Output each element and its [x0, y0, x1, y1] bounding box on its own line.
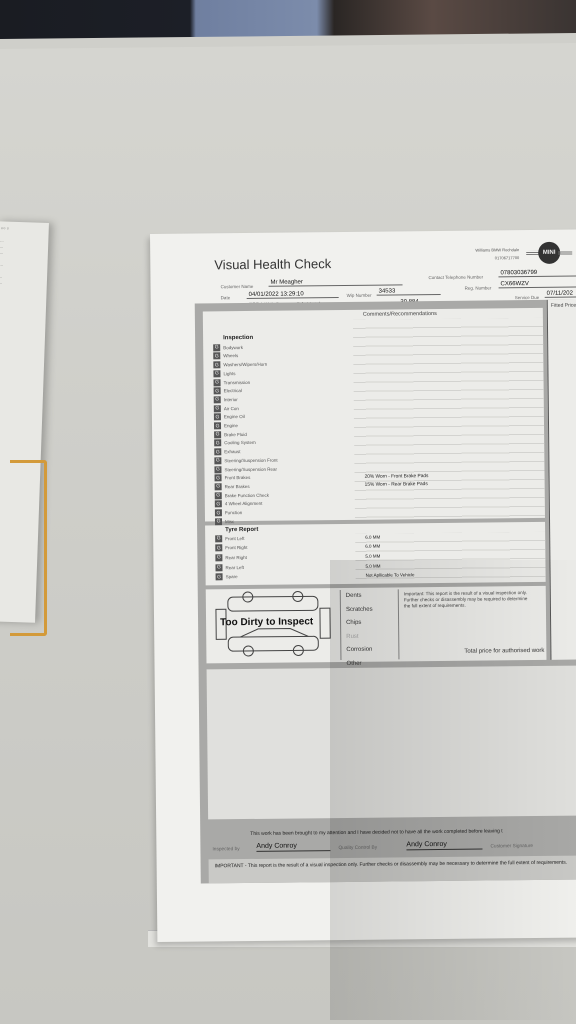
status-g-icon: G [214, 396, 221, 403]
price-header: Fitted Price Inc Vat [548, 302, 576, 309]
inspection-row: GEngine [214, 421, 238, 430]
inspection-item-label: Engine [224, 423, 238, 428]
status-g-icon: G [214, 388, 221, 395]
inspection-item-label: Bodywork [223, 345, 243, 350]
car-diagram: Too Dirty to Inspect [210, 590, 342, 661]
inspection-row: GBodywork [213, 343, 243, 352]
phone-value: 07803036799 [498, 269, 576, 277]
status-g-icon: G [215, 483, 222, 490]
phone-label: Contact Telephone Number [428, 275, 483, 281]
service-value: 07/11/202 [545, 290, 576, 297]
status-g-icon: G [215, 475, 222, 482]
status-g-icon: G [213, 361, 220, 368]
wip-value: 34533 [377, 288, 441, 296]
damage-categories: DentsScratchesChipsRustCorrosionOther [346, 589, 400, 660]
damage-category: Scratches [346, 603, 398, 617]
inspection-row: GElectrical [214, 387, 242, 396]
inspection-row: GTransmission [214, 378, 251, 387]
comment-rear-brakes: 15% Worn - Rear Brake Pads [365, 482, 428, 488]
inspection-item-label: Interior [224, 397, 238, 402]
status-g-icon: G [214, 405, 221, 412]
inspection-item-label: Engine Oil [224, 414, 245, 419]
inspection-row: GSteering/Suspension Rear [214, 464, 277, 473]
reg-label: Reg. Number [465, 285, 492, 290]
side-document-text: ○○ ○.................. [0, 221, 49, 291]
mini-logo-icon: MINI [526, 242, 572, 264]
quality-control-value: Andy Conroy [406, 841, 482, 851]
inspection-item-label: Exhaust [224, 449, 240, 454]
tyre-list: GFront Left6.0 MMGFront Right6.0 MMGRear… [205, 522, 545, 526]
date-value: 04/01/2022 13:29:10 [247, 291, 339, 299]
inspection-row: G4 Wheel Alignment [215, 499, 263, 508]
inspection-item-label: Function [225, 510, 242, 515]
status-g-icon: G [216, 573, 223, 580]
price-column: Fitted Price Inc Vat [547, 299, 576, 659]
side-binder [10, 460, 47, 636]
status-g-icon: G [213, 353, 220, 360]
status-g-icon: G [214, 440, 221, 447]
status-g-icon: G [215, 492, 222, 499]
inspection-item-label: Rear Brakes [225, 484, 250, 489]
status-g-icon: G [214, 422, 221, 429]
status-g-icon: G [214, 431, 221, 438]
status-g-icon: G [215, 501, 222, 508]
damage-panel: Too Dirty to Inspect DentsScratchesChips… [206, 586, 547, 664]
damage-note: Important: This report is the result of … [404, 590, 534, 609]
inspected-by-value: Andy Conroy [256, 842, 330, 852]
inspection-row: GWashers/Wipers/Horn [213, 360, 267, 369]
date-label: Date [221, 295, 231, 300]
inspection-row: GWheels [213, 352, 238, 361]
inspection-item-label: Front Brakes [225, 475, 251, 480]
customer-signature-label: Customer Signature [490, 844, 533, 849]
damage-category: Rust [346, 630, 398, 644]
tyre-value: 6.0 MM [365, 534, 380, 539]
inspection-title: Inspection [223, 335, 253, 341]
status-g-icon: G [213, 344, 220, 351]
inspection-item-label: Cooling System [224, 440, 256, 445]
tyre-label: Rear Left [225, 563, 365, 569]
comments-header: Comments/Recommendations [363, 311, 437, 318]
wip-label: Wip Number [347, 293, 372, 298]
customer-name: Mr Meagher [268, 278, 402, 286]
inspection-row: GEngine Oil [214, 413, 245, 422]
total-price-label: Total price for authorised work [464, 648, 544, 655]
inspection-row: GCooling System [214, 439, 256, 448]
status-g-icon: G [214, 466, 221, 473]
tyre-label: Rear Right [225, 554, 365, 560]
inspection-item-label: Air Con [224, 406, 239, 411]
tyre-value: 5.0 MM [365, 563, 380, 568]
tyre-title: Tyre Report [225, 527, 258, 533]
tyre-label: Front Right [225, 544, 365, 550]
customer-name-label: Customer Name [221, 284, 254, 289]
inspection-item-label: Steering/Suspension Rear [224, 466, 277, 472]
dealer-info: Williams BMW Rochdale 01706717700 [455, 246, 519, 263]
logo-badge: MINI [538, 242, 560, 264]
tyre-label: Front Left [225, 535, 365, 541]
inspection-row: GFunction [215, 508, 242, 517]
inspection-row: GFront Brakes [215, 473, 251, 482]
tyre-label: Spare [226, 573, 366, 579]
status-g-icon: G [215, 554, 222, 561]
status-g-icon: G [215, 545, 222, 552]
inspection-row: GLights [213, 369, 235, 378]
dealer-phone: 01706717700 [455, 254, 519, 263]
status-g-icon: G [213, 370, 220, 377]
status-g-icon: G [215, 518, 222, 525]
damage-category: Dents [346, 589, 398, 603]
status-g-icon: G [214, 448, 221, 455]
inspection-item-label: Lights [223, 371, 235, 376]
inspection-row: GInterior [214, 395, 238, 404]
inspection-item-label: 4 Wheel Alignment [225, 501, 263, 506]
blank-area [207, 665, 576, 819]
inspection-row: GBrake Fluid [214, 430, 247, 439]
status-g-icon: G [214, 379, 221, 386]
inspection-item-label: Brake Function Check [225, 492, 269, 497]
inspection-item-label: Transmission [224, 380, 251, 385]
inspection-item-label: Misc [225, 519, 234, 524]
inspection-row: GExhaust [214, 447, 240, 456]
tyre-value: 5.0 MM [365, 554, 380, 559]
inspection-item-label: Washers/Wipers/Horn [223, 362, 267, 367]
report-frame: Comments/Recommendations Inspection GBod… [195, 299, 576, 883]
tyre-value: Not Apllicable To Vehicle [366, 572, 415, 578]
status-g-icon: G [215, 509, 222, 516]
comment-front-brakes: 20% Worn - Front Brake Pads [365, 474, 429, 480]
health-check-sheet: Visual Health Check Williams BMW Rochdal… [150, 229, 576, 942]
status-g-icon: G [215, 564, 222, 571]
damage-category: Chips [346, 616, 398, 630]
tyre-panel: Tyre Report GFront Left6.0 MMGFront Righ… [205, 522, 546, 586]
inspection-item-label: Wheels [223, 354, 238, 359]
status-g-icon: G [214, 414, 221, 421]
inspection-row: GAir Con [214, 404, 239, 413]
inspection-row: GRear Brakes [215, 482, 250, 491]
tyre-value: 6.0 MM [365, 544, 380, 549]
reg-value: CX66WZV [499, 280, 576, 288]
inspected-by-label: Inspected by [212, 847, 239, 852]
inspection-item-label: Electrical [224, 388, 242, 393]
inspection-item-label: Brake Fluid [224, 432, 247, 437]
declaration-text: This work has been brought to my attenti… [250, 828, 502, 837]
quality-control-label: Quality Control By [338, 846, 377, 851]
footer-important: IMPORTANT - This report is the result of… [209, 855, 576, 883]
inspection-panel: Comments/Recommendations Inspection GBod… [203, 308, 545, 522]
inspection-item-label: Steering/Suspension Front [224, 458, 277, 464]
damage-category: Corrosion [346, 643, 398, 657]
status-g-icon: G [214, 457, 221, 464]
document-title: Visual Health Check [214, 256, 331, 272]
status-g-icon: G [215, 535, 222, 542]
too-dirty-stamp: Too Dirty to Inspect [220, 616, 313, 628]
